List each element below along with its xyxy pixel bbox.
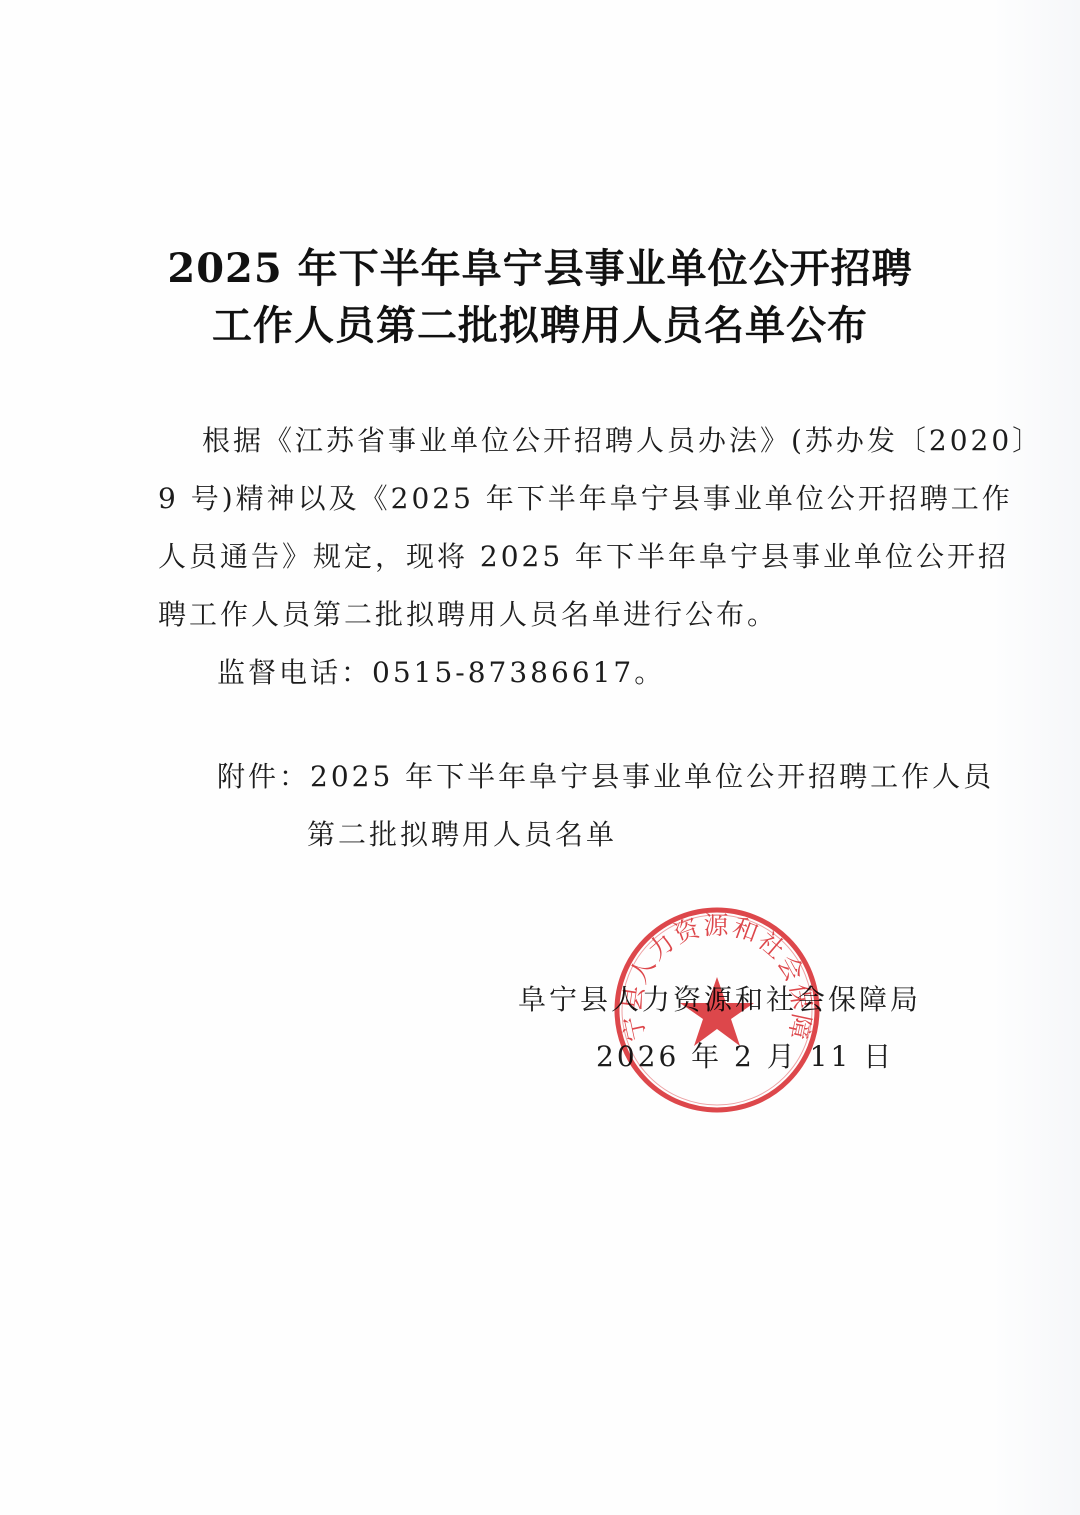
scan-artifact	[990, 0, 1080, 1515]
document-page: 2025 年下半年阜宁县事业单位公开招聘 工作人员第二批拟聘用人员名单公布 根据…	[0, 0, 1080, 1515]
document-title-line-2: 工作人员第二批拟聘用人员名单公布	[0, 297, 1080, 355]
supervision-phone: 监督电话：0515-87386617。	[217, 653, 665, 693]
document-title-line-1: 2025 年下半年阜宁县事业单位公开招聘	[0, 240, 1080, 298]
star-icon	[680, 977, 754, 1046]
body-line-2: 9 号)精神以及《2025 年下半年阜宁县事业单位公开招聘工作	[158, 479, 1013, 519]
body-line-4: 聘工作人员第二批拟聘用人员名单进行公布。	[158, 595, 778, 635]
attachment-line-2: 第二批拟聘用人员名单	[307, 815, 617, 855]
body-line-3: 人员通告》规定，现将 2025 年下半年阜宁县事业单位公开招	[158, 537, 1009, 577]
body-line-1: 根据《江苏省事业单位公开招聘人员办法》(苏办发〔2020〕	[202, 421, 1043, 461]
attachment-line-1: 附件：2025 年下半年阜宁县事业单位公开招聘工作人员	[217, 757, 994, 797]
official-seal: 阜宁县人力资源和社会保障局	[612, 905, 822, 1115]
